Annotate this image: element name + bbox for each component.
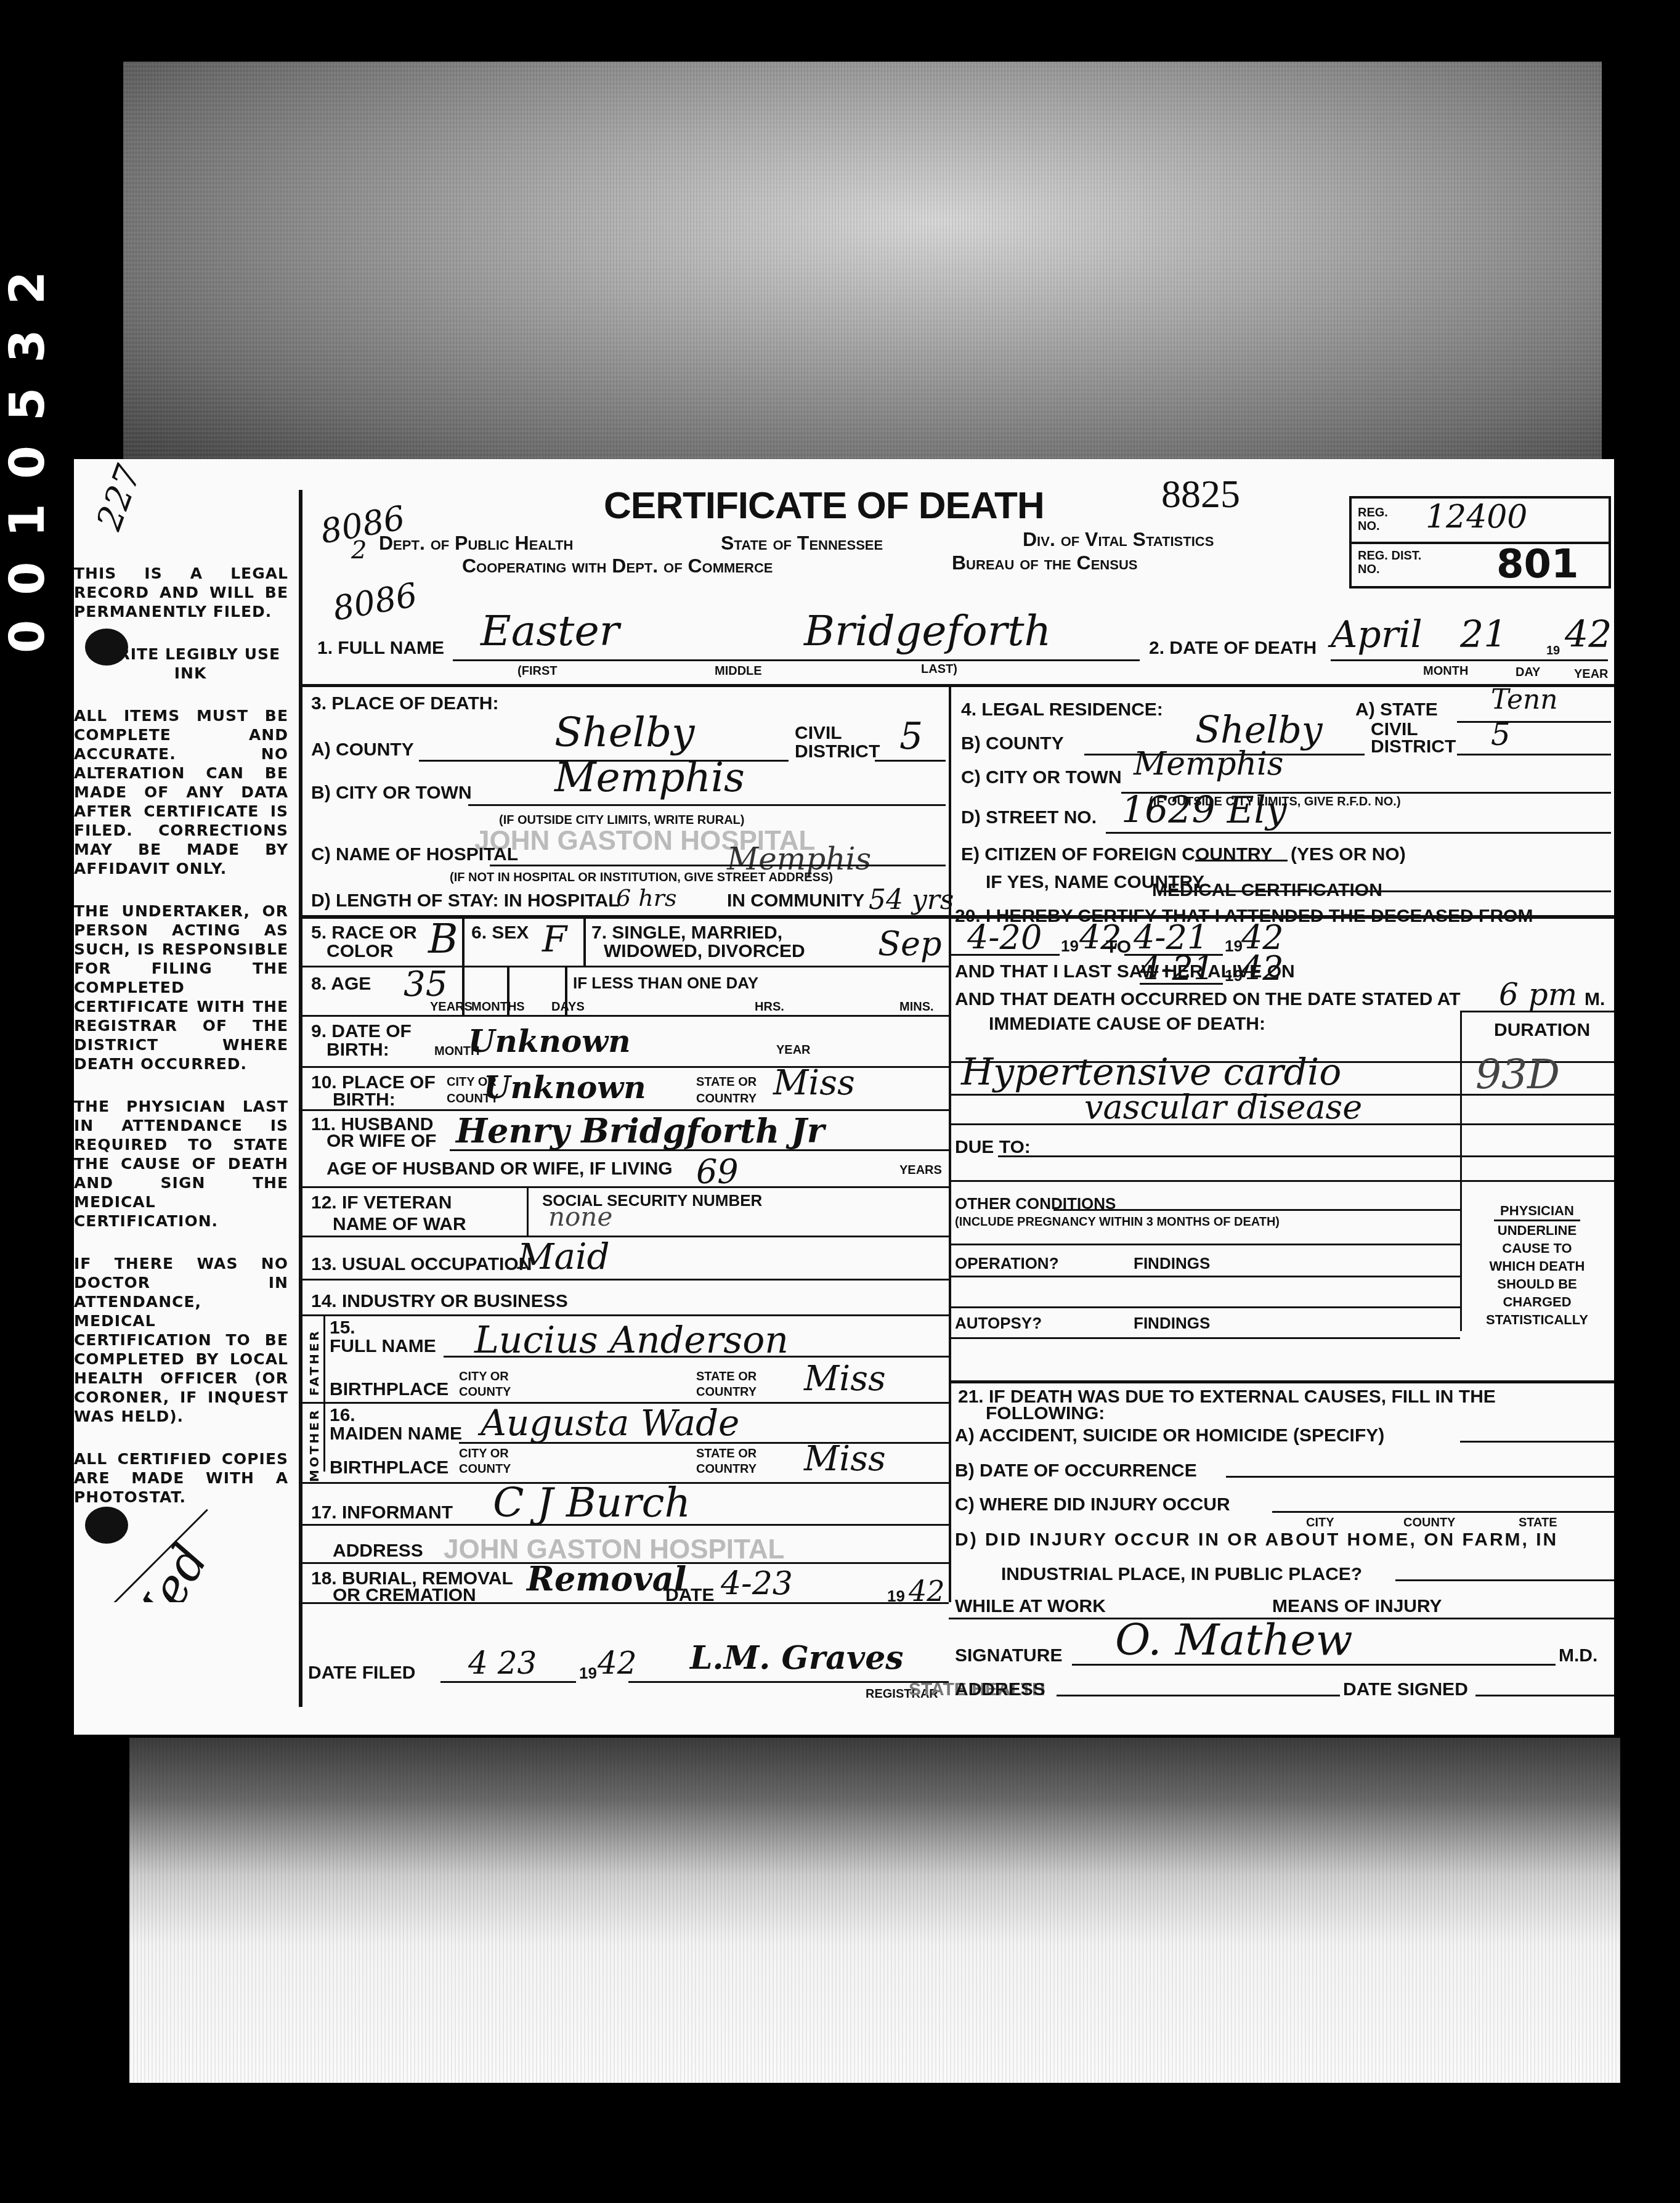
marital-label-2: WIDOWED, DIVORCED	[604, 941, 805, 962]
father-birth-label: BIRTHPLACE	[330, 1379, 448, 1400]
mother-name-label: MAIDEN NAME	[330, 1423, 462, 1444]
pod-county-value[interactable]: Shelby	[554, 709, 694, 756]
notice-complete: ALL ITEMS MUST BE COMPLETE AND ACCURATE.…	[74, 706, 288, 878]
stay-hospital-value[interactable]: 6 hrs	[616, 884, 676, 911]
mother-state-label-2: COUNTRY	[696, 1462, 757, 1476]
reg-dist-label: REG. DIST. NO.	[1358, 549, 1432, 576]
physician-note-line: PHYSICIAN	[1494, 1202, 1580, 1221]
stay-label: D) LENGTH OF STAY: IN HOSPITAL	[311, 890, 620, 911]
autopsy-findings-label: FINDINGS	[1134, 1314, 1210, 1333]
autopsy-label: AUTOPSY?	[955, 1314, 1042, 1333]
sub-year: YEAR	[1574, 667, 1609, 682]
informant-label: 17. INFORMANT	[311, 1502, 453, 1523]
marital-label-1: 7. SINGLE, MARRIED,	[591, 922, 782, 943]
injury-county: COUNTY	[1403, 1516, 1455, 1530]
date-filed-label: DATE FILED	[308, 1663, 415, 1684]
corner-mark: 227	[89, 460, 150, 535]
injury-place-label-1: D) DID INJURY OCCUR IN OR ABOUT HOME, ON…	[955, 1529, 1558, 1550]
pod-city-label: B) CITY OR TOWN	[311, 783, 472, 804]
race-label-2: COLOR	[327, 941, 393, 962]
date-signed-label: DATE SIGNED	[1343, 1679, 1468, 1700]
death-day[interactable]: 21	[1460, 613, 1507, 656]
film-background-upper	[123, 62, 1602, 462]
father-city-label-2: COUNTY	[459, 1385, 511, 1399]
mother-name-value[interactable]: Augusta Wade	[481, 1402, 739, 1444]
age-value[interactable]: 35	[404, 964, 447, 1004]
dob-year-label: YEAR	[776, 1043, 811, 1057]
mother-state-value[interactable]: Miss	[804, 1439, 886, 1479]
duration-value[interactable]: 93D	[1475, 1051, 1560, 1098]
sex-value[interactable]: F	[542, 918, 567, 960]
spouse-age-years: YEARS	[899, 1163, 942, 1178]
pob-city-value[interactable]: Unknown	[484, 1069, 646, 1106]
burial-date-value[interactable]: 4-23	[721, 1565, 793, 1602]
physician-note-line: WHICH DEATH	[1466, 1257, 1608, 1275]
last-name-value[interactable]: Bridgeforth	[804, 607, 1051, 656]
father-city-label-1: CITY OR	[459, 1370, 509, 1384]
to-year-prefix: 19	[1225, 937, 1243, 956]
pob-label-2: BIRTH:	[333, 1089, 396, 1110]
date-of-death-label: 2. DATE OF DEATH	[1149, 638, 1317, 659]
injury-city: CITY	[1306, 1516, 1334, 1530]
father-state-value[interactable]: Miss	[804, 1359, 886, 1399]
physician-note-line: UNDERLINE	[1466, 1221, 1608, 1239]
mother-side-label: MOTHER	[307, 1408, 322, 1482]
occurred-label: AND THAT DEATH OCCURRED ON THE DATE STAT…	[955, 989, 1461, 1010]
cause-line-2[interactable]: vascular disease	[1084, 1088, 1362, 1126]
punch-hole-bottom	[85, 1507, 128, 1544]
physician-address-label: ADDRESS	[955, 1679, 1045, 1700]
marital-value[interactable]: Sep	[878, 924, 942, 963]
reg-dist-value[interactable]: 801	[1496, 542, 1579, 587]
age-years: YEARS	[430, 1000, 473, 1014]
pob-state-label-2: COUNTRY	[696, 1092, 757, 1106]
mother-city-label-1: CITY OR	[459, 1447, 509, 1461]
notice-legal-record: THIS IS A LEGAL RECORD AND WILL BE PERMA…	[74, 564, 288, 621]
age-hrs: HRS.	[755, 1000, 784, 1014]
death-month[interactable]: April	[1331, 613, 1422, 656]
operation-label: OPERATION?	[955, 1254, 1059, 1273]
last-saw-value[interactable]: 4-21	[1140, 949, 1214, 988]
state-of-tennessee: State of Tennessee	[721, 532, 883, 555]
mother-num: 16.	[330, 1405, 355, 1426]
notice-physician: THE PHYSICIAN LAST IN ATTENDANCE IS REQU…	[74, 1097, 288, 1231]
physician-note: PHYSICIAN UNDERLINE CAUSE TO WHICH DEATH…	[1466, 1202, 1608, 1329]
bureau-census: Bureau of the Census	[952, 552, 1137, 574]
res-street-value[interactable]: 1629 Ely	[1121, 789, 1287, 832]
reg-no-value[interactable]: 12400	[1426, 499, 1527, 535]
occupation-value[interactable]: Maid	[517, 1236, 610, 1277]
divider-top	[299, 684, 1614, 687]
spouse-age-label: AGE OF HUSBAND OR WIFE, IF LIVING	[327, 1159, 673, 1179]
ssn-value[interactable]: none	[548, 1202, 612, 1232]
age-days: DAYS	[551, 1000, 585, 1014]
pod-city-value[interactable]: Memphis	[554, 754, 745, 801]
citizen-suffix: (YES OR NO)	[1291, 844, 1406, 865]
res-state-label: A) STATE	[1355, 699, 1438, 720]
pod-civil-value[interactable]: 5	[899, 715, 923, 758]
occupation-label: 13. USUAL OCCUPATION	[311, 1254, 532, 1275]
father-side-label: FATHER	[307, 1322, 322, 1396]
res-civil-label: CIVIL DISTRICT	[1371, 721, 1463, 755]
physician-note-line: CHARGED	[1466, 1293, 1608, 1311]
pod-county-label: A) COUNTY	[311, 739, 414, 760]
pob-state-label-1: STATE OR	[696, 1075, 757, 1089]
res-county-label: B) COUNTY	[961, 733, 1064, 754]
age-mins: MINS.	[899, 1000, 934, 1014]
veteran-label-1: 12. IF VETERAN	[311, 1192, 452, 1213]
pod-overwrite: Memphis	[727, 841, 871, 877]
occurrence-date-label: B) DATE OF OCCURRENCE	[955, 1460, 1197, 1481]
pod-civil-label: CIVIL DISTRICT	[795, 724, 893, 761]
pod-hospital-label: C) NAME OF HOSPITAL	[311, 844, 518, 865]
dept-public-health: Dept. of Public Health	[379, 532, 573, 555]
form-left-border	[299, 490, 302, 1710]
age-label: 8. AGE	[311, 974, 371, 995]
death-year[interactable]: 42	[1565, 613, 1612, 656]
father-state-label-2: COUNTRY	[696, 1385, 757, 1399]
filed-year-prefix: 19	[579, 1664, 597, 1683]
film-background-lower	[129, 1738, 1620, 2083]
notice-undertaker: THE UNDERTAKER, OR PERSON ACTING AS SUCH…	[74, 902, 288, 1073]
physician-signature[interactable]: O. Mathew	[1115, 1615, 1353, 1665]
instructions-sidebar: THIS IS A LEGAL RECORD AND WILL BE PERMA…	[74, 564, 288, 1530]
res-state-value[interactable]: Tenn	[1491, 684, 1558, 715]
less-than-day-label: IF LESS THAN ONE DAY	[573, 974, 758, 993]
sub-middle: MIDDLE	[715, 664, 762, 678]
spouse-value[interactable]: Henry Bridgforth Jr	[456, 1111, 824, 1150]
stay-community-label: IN COMMUNITY	[727, 890, 864, 911]
certificate-title: CERTIFICATE OF DEATH	[604, 484, 1044, 527]
race-label-1: 5. RACE OR	[311, 922, 417, 943]
sub-first: (FIRST	[517, 664, 557, 678]
reg-no-label: REG. NO.	[1358, 506, 1395, 533]
sub-day: DAY	[1516, 666, 1540, 680]
father-name-label: FULL NAME	[330, 1336, 436, 1357]
mother-birth-label: BIRTHPLACE	[330, 1457, 448, 1478]
full-name-label: 1. FULL NAME	[317, 638, 444, 659]
registrar-signature[interactable]: L.M. Graves	[690, 1639, 904, 1677]
spouse-age-value[interactable]: 69	[696, 1152, 739, 1191]
dob-label-1: 9. DATE OF	[311, 1021, 412, 1042]
filed-year[interactable]: 42	[598, 1645, 637, 1681]
spouse-label-2: OR WIFE OF	[327, 1131, 436, 1152]
other-conditions-note: (INCLUDE PREGNANCY WITHIN 3 MONTHS OF DE…	[955, 1215, 1280, 1229]
cause-label: IMMEDIATE CAUSE OF DEATH:	[989, 1014, 1265, 1035]
mother-state-label-1: STATE OR	[696, 1447, 757, 1461]
res-street-label: D) STREET NO.	[961, 807, 1097, 828]
external-causes-label-2: FOLLOWING:	[986, 1403, 1105, 1424]
film-frame-number: 0010532	[0, 37, 43, 653]
medical-heading: MEDICAL CERTIFICATION	[1152, 880, 1382, 901]
m-suffix: M.	[1585, 989, 1605, 1010]
notice-no-doctor: IF THERE WAS NO DOCTOR IN ATTENDANCE, ME…	[74, 1254, 288, 1426]
physician-note-line: SHOULD BE	[1466, 1275, 1608, 1293]
res-city-label: C) CITY OR TOWN	[961, 767, 1122, 788]
age-months: MONTHS	[471, 1000, 525, 1014]
industry-label: 14. INDUSTRY OR BUSINESS	[311, 1291, 568, 1312]
cooperating-commerce: Cooperating with Dept. of Commerce	[462, 555, 773, 577]
sex-label: 6. SEX	[471, 922, 529, 943]
last-saw-year-prefix: 19	[1225, 966, 1243, 985]
dob-value[interactable]: Unknown	[468, 1023, 631, 1059]
medical-certification: MEDICAL CERTIFICATION 20. I HEREBY CERTI…	[949, 875, 1614, 1732]
res-city-value[interactable]: Memphis	[1134, 746, 1283, 783]
legal-residence-label: 4. LEGAL RESIDENCE:	[961, 699, 1163, 720]
place-of-death-label: 3. PLACE OF DEATH:	[311, 693, 498, 714]
mother-city-label-2: COUNTY	[459, 1462, 511, 1476]
file-mark-2: 8086	[330, 576, 420, 629]
informant-address-label: ADDRESS	[333, 1541, 423, 1562]
duration-label: DURATION	[1494, 1020, 1590, 1041]
from-year-prefix: 19	[1061, 937, 1079, 956]
physician-note-line: STATISTICALLY	[1466, 1311, 1608, 1329]
file-mark-3: 2	[351, 536, 367, 564]
notice-photostat: ALL CERTIFIED COPIES ARE MADE WITH A PHO…	[74, 1449, 288, 1507]
sub-last: LAST)	[921, 662, 957, 677]
operation-findings-label: FINDINGS	[1134, 1254, 1210, 1273]
informant-value[interactable]: C J Burch	[493, 1479, 691, 1526]
date-filed-value[interactable]: 4 23	[468, 1645, 537, 1681]
means-label: MEANS OF INJURY	[1272, 1596, 1442, 1617]
certificate-number: 8825	[1161, 471, 1240, 517]
first-name-value[interactable]: Easter	[481, 607, 619, 656]
injury-state: STATE	[1519, 1516, 1557, 1530]
accident-label: A) ACCIDENT, SUICIDE OR HOMICIDE (SPECIF…	[955, 1425, 1384, 1446]
burial-value[interactable]: Removal	[527, 1559, 686, 1598]
pob-state-value[interactable]: Miss	[773, 1063, 855, 1103]
dob-label-2: BIRTH:	[327, 1040, 389, 1061]
death-year-prefix: 19	[1546, 644, 1560, 658]
physician-note-line: CAUSE TO	[1466, 1239, 1608, 1257]
father-num: 15.	[330, 1317, 355, 1338]
race-value[interactable]: B	[428, 915, 458, 963]
death-time[interactable]: 6 pm	[1499, 977, 1577, 1012]
citizen-label: E) CITIZEN OF FOREIGN COUNTRY	[961, 844, 1273, 865]
stay-community-value[interactable]: 54 yrs	[869, 884, 954, 916]
sub-month: MONTH	[1423, 664, 1468, 678]
punch-hole-top	[85, 629, 128, 666]
res-civil-value[interactable]: 5	[1491, 717, 1511, 752]
at-work-label: WHILE AT WORK	[955, 1596, 1106, 1617]
father-state-label-1: STATE OR	[696, 1370, 757, 1384]
attended-from[interactable]: 4-20	[967, 918, 1042, 957]
due-to-label: DUE TO:	[955, 1137, 1031, 1158]
md-label: M.D.	[1559, 1645, 1597, 1666]
div-vital-statistics: Div. of Vital Statistics	[1023, 528, 1214, 551]
signature-label: SIGNATURE	[955, 1645, 1062, 1666]
injury-place-label-2: INDUSTRIAL PLACE, IN PUBLIC PLACE?	[1001, 1564, 1362, 1585]
last-saw-year[interactable]: 42	[1241, 949, 1284, 988]
veteran-label-2: NAME OF WAR	[333, 1214, 466, 1235]
registration-box: REG. NO. 12400 REG. DIST. NO. 801	[1349, 496, 1611, 588]
injury-where-label: C) WHERE DID INJURY OCCUR	[955, 1494, 1230, 1515]
